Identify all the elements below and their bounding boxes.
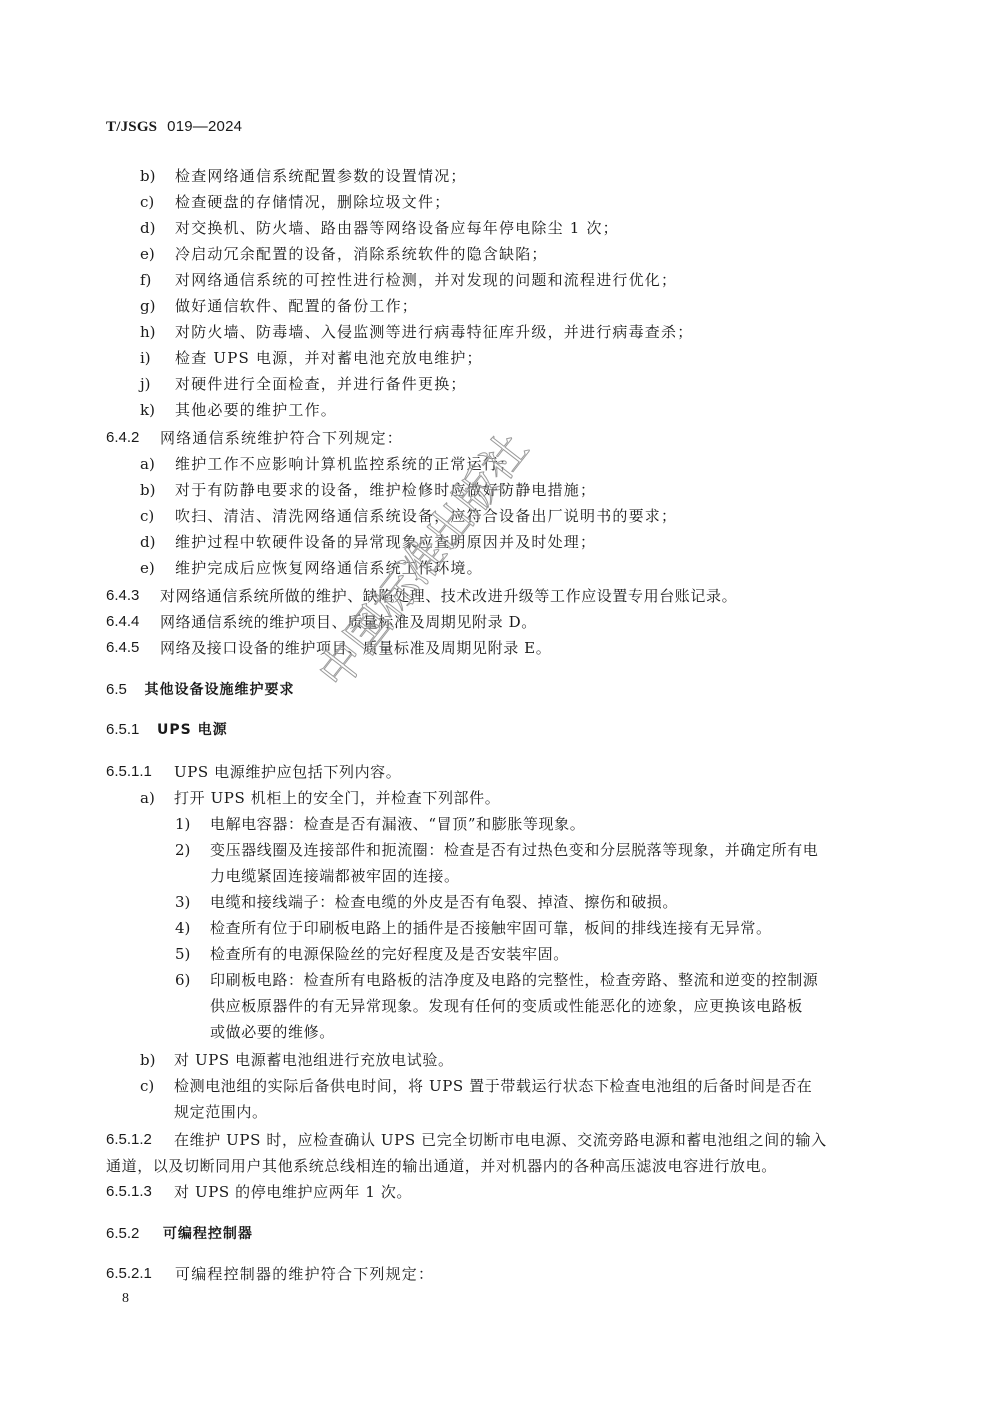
list-item-text: 对防火墙、防毒墙、入侵监测等进行病毒特征库升级，并进行病毒查杀；	[175, 322, 693, 342]
sub-item-text-cont: 或做必要的维修。	[210, 1022, 335, 1042]
clause-number: 6.4.2	[106, 428, 139, 448]
list-item-label: b)	[140, 1050, 155, 1070]
clause-text-cont: 通道，以及切断同用户其他系统总线相连的输出通道，并对机器内的各种高压滤波电容进行…	[106, 1156, 777, 1176]
list-item-label: k)	[140, 400, 155, 420]
list-item-label: c)	[140, 506, 154, 526]
list-item-text: 检查 UPS 电源，并对蓄电池充放电维护；	[175, 348, 483, 368]
list-item-text: 冷启动冗余配置的设备，消除系统软件的隐含缺陷；	[175, 244, 548, 264]
clause-text: 对网络通信系统所做的维护、缺陷处理、技术改进升级等工作应设置专用台账记录。	[160, 586, 737, 606]
clause-number: 6.5.1.2	[106, 1130, 152, 1150]
standard-number: 019—2024	[167, 118, 242, 135]
list-item-text: 检查硬盘的存储情况，删除垃圾文件；	[175, 192, 450, 212]
clause-text: 在维护 UPS 时，应检查确认 UPS 已完全切断市电电源、交流旁路电源和蓄电池…	[174, 1130, 827, 1150]
list-item-text: 检测电池组的实际后备供电时间，将 UPS 置于带载运行状态下检查电池组的后备时间…	[174, 1076, 812, 1096]
list-item-label: d)	[140, 218, 155, 238]
list-item-label: e)	[140, 558, 155, 578]
sub-item-text: 电解电容器：检查是否有漏液、“冒顶”和膨胀等现象。	[210, 814, 585, 834]
sub-item-label: 3)	[175, 892, 190, 912]
section-title: UPS 电源	[157, 722, 228, 738]
clause-number: 6.5.1.1	[106, 762, 152, 782]
list-item-text: 对硬件进行全面检查，并进行备件更换；	[175, 374, 467, 394]
list-item-text: 对于有防静电要求的设备，维护检修时应做好防静电措施；	[175, 480, 596, 500]
sub-item-label: 5)	[175, 944, 190, 964]
sub-item-text: 印刷板电路：检查所有电路板的洁净度及电路的完整性，检查旁路、整流和逆变的控制源	[210, 970, 818, 990]
section-heading-6-5-1: 6.5.1 UPS 电源	[106, 720, 228, 740]
section-number: 6.5.2	[106, 1225, 139, 1242]
clause-number: 6.4.4	[106, 612, 139, 632]
list-item-label: g)	[140, 296, 155, 316]
list-item-text: 对网络通信系统的可控性进行检测，并对发现的问题和流程进行优化；	[175, 270, 677, 290]
standard-prefix: T/JSGS	[106, 119, 157, 135]
sub-item-text: 变压器线圈及连接部件和扼流圈：检查是否有过热色变和分层脱落等现象，并确定所有电	[210, 840, 818, 860]
list-item-label: c)	[140, 192, 154, 212]
sub-item-text: 检查所有的电源保险丝的完好程度及是否安装牢固。	[210, 944, 569, 964]
clause-number: 6.4.5	[106, 638, 139, 658]
clause-number: 6.5.2.1	[106, 1264, 152, 1284]
section-title: 其他设备设施维护要求	[144, 682, 294, 698]
list-item-text: 其他必要的维护工作。	[175, 400, 337, 420]
list-item-text: 维护过程中软硬件设备的异常现象应查明原因并及时处理；	[175, 532, 596, 552]
list-item-label: a)	[140, 454, 155, 474]
section-title: 可编程控制器	[163, 1226, 253, 1242]
list-item-label: c)	[140, 1076, 154, 1096]
section-number: 6.5	[106, 681, 127, 698]
list-item-label: d)	[140, 532, 155, 552]
list-item-text: 打开 UPS 机柜上的安全门，并检查下列部件。	[174, 788, 500, 808]
clause-text: 对 UPS 的停电维护应两年 1 次。	[174, 1182, 412, 1202]
sub-item-label: 4)	[175, 918, 190, 938]
section-heading-6-5: 6.5 其他设备设施维护要求	[106, 680, 294, 700]
clause-text: 网络通信系统的维护项目、质量标准及周期见附录 D。	[160, 612, 537, 632]
sub-item-text-cont: 力电缆紧固连接端都被牢固的连接。	[210, 866, 460, 886]
list-item-label: j)	[140, 374, 151, 394]
list-item-label: b)	[140, 166, 155, 186]
sub-item-label: 2)	[175, 840, 190, 860]
sub-item-label: 1)	[175, 814, 190, 834]
sub-item-label: 6)	[175, 970, 190, 990]
page-number: 8	[122, 1291, 129, 1307]
list-item-label: b)	[140, 480, 155, 500]
list-item-text: 检查网络通信系统配置参数的设置情况；	[175, 166, 467, 186]
list-item-label: f)	[140, 270, 151, 290]
list-item-text: 吹扫、清洁、清洗网络通信系统设备，应符合设备出厂说明书的要求；	[175, 506, 677, 526]
section-number: 6.5.1	[106, 721, 139, 738]
list-item-text: 做好通信软件、配置的备份工作；	[175, 296, 418, 316]
list-item-text: 对交换机、防火墙、路由器等网络设备应每年停电除尘 1 次；	[175, 218, 619, 238]
clause-text: 网络通信系统维护符合下列规定：	[160, 428, 403, 448]
section-heading-6-5-2: 6.5.2 可编程控制器	[106, 1224, 253, 1244]
list-item-label: e)	[140, 244, 155, 264]
sub-item-text: 电缆和接线端子：检查电缆的外皮是否有龟裂、掉渣、擦伤和破损。	[210, 892, 678, 912]
list-item-label: i)	[140, 348, 151, 368]
clause-text: 网络及接口设备的维护项目、质量标准及周期见附录 E。	[160, 638, 551, 658]
document-code-header: T/JSGS 019—2024	[106, 117, 242, 136]
list-item-text: 对 UPS 电源蓄电池组进行充放电试验。	[174, 1050, 454, 1070]
list-item-text-cont: 规定范围内。	[174, 1102, 268, 1122]
list-item-label: h)	[140, 322, 156, 342]
document-page: T/JSGS 019—2024 b) 检查网络通信系统配置参数的设置情况； c)…	[0, 0, 992, 1403]
list-item-text: 维护工作不应影响计算机监控系统的正常运行；	[175, 454, 515, 474]
list-item-label: a)	[140, 788, 155, 808]
clause-number: 6.5.1.3	[106, 1182, 152, 1202]
clause-text: 可编程控制器的维护符合下列规定：	[175, 1264, 434, 1284]
sub-item-text: 检查所有位于印刷板电路上的插件是否接触牢固可靠，板间的排线连接有无异常。	[210, 918, 772, 938]
clause-text: UPS 电源维护应包括下列内容。	[174, 762, 401, 782]
sub-item-text-cont: 供应板原器件的有无异常现象。发现有任何的变质或性能恶化的迹象，应更换该电路板	[210, 996, 803, 1016]
clause-number: 6.4.3	[106, 586, 139, 606]
list-item-text: 维护完成后应恢复网络通信系统工作环境。	[175, 558, 483, 578]
